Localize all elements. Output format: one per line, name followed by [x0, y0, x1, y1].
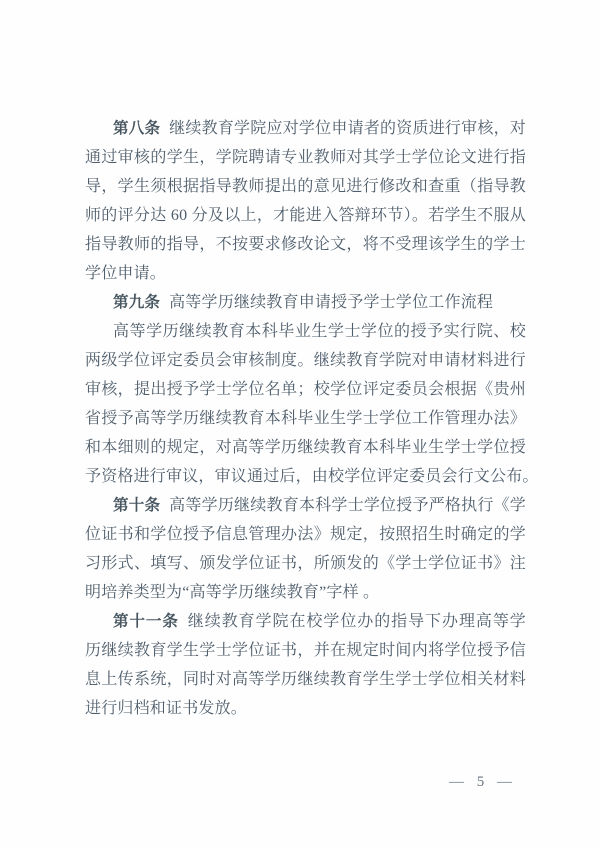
line-text: 继续教育学院应对学位申请者的资质进行审核，对: [169, 120, 526, 137]
document-body: 第八条继续教育学院应对学位申请者的资质进行审核，对 通过审核的学生，学院聘请专业…: [85, 114, 526, 723]
text-line: 指导教师的指导，不按要求修改论文，将不受理该学生的学士: [85, 230, 526, 259]
line-text: 学位申请。: [85, 265, 166, 282]
article-number: 第十条: [113, 497, 160, 514]
line-text: 予资格进行审议，审议通过后，由校学位评定委员会行文公布。: [85, 468, 539, 485]
line-text: 指导教师的指导，不按要求修改论文，将不受理该学生的学士: [85, 236, 526, 253]
document-page: 第八条继续教育学院应对学位申请者的资质进行审核，对 通过审核的学生，学院聘请专业…: [0, 0, 600, 848]
line-text: 通过审核的学生，学院聘请专业教师对其学士学位论文进行指: [85, 149, 526, 166]
line-text: 进行归档和证书发放。: [85, 700, 247, 717]
text-line: 第九条高等学历继续教育申请授予学士学位工作流程: [85, 288, 526, 317]
text-line: 导，学生须根据指导教师提出的意见进行修改和查重（指导教: [85, 172, 526, 201]
line-text: 高等学历继续教育本科毕业生学士学位的授予实行院、校: [113, 323, 526, 340]
page-number: — 5 —: [449, 772, 514, 792]
text-line: 习形式、填写、颁发学位证书，所颁发的《学士学位证书》注: [85, 549, 526, 578]
text-line: 息上传系统，同时对高等学历继续教育学生学士学位相关材料: [85, 665, 526, 694]
line-text: 高等学历继续教育申请授予学士学位工作流程: [169, 294, 493, 311]
line-text: 省授予高等学历继续教育本科毕业生学士学位工作管理办法》: [85, 410, 526, 427]
line-text: 历继续教育学生学士学位证书，并在规定时间内将学位授予信: [85, 642, 526, 659]
text-line: 历继续教育学生学士学位证书，并在规定时间内将学位授予信: [85, 636, 526, 665]
text-line: 明培养类型为“高等学历继续教育”字样 。: [85, 578, 526, 607]
text-line: 进行归档和证书发放。: [85, 694, 526, 723]
text-line: 省授予高等学历继续教育本科毕业生学士学位工作管理办法》: [85, 404, 526, 433]
text-line: 两级学位评定委员会审核制度。继续教育学院对申请材料进行: [85, 346, 526, 375]
line-text: 师的评分达 60 分及以上，才能进入答辩环节）。若学生不服从: [85, 207, 526, 224]
line-text: 明培养类型为“高等学历继续教育”字样 。: [85, 584, 379, 601]
article-number: 第九条: [113, 294, 160, 311]
text-line: 学位申请。: [85, 259, 526, 288]
text-line: 第八条继续教育学院应对学位申请者的资质进行审核，对: [85, 114, 526, 143]
line-text: 息上传系统，同时对高等学历继续教育学生学士学位相关材料: [85, 671, 526, 688]
text-line: 第十条高等学历继续教育本科学士学位授予严格执行《学: [85, 491, 526, 520]
line-text: 和本细则的规定，对高等学历继续教育本科毕业生学士学位授: [85, 439, 526, 456]
line-text: 导，学生须根据指导教师提出的意见进行修改和查重（指导教: [85, 178, 526, 195]
text-line: 通过审核的学生，学院聘请专业教师对其学士学位论文进行指: [85, 143, 526, 172]
text-line: 位证书和学位授予信息管理办法》规定，按照招生时确定的学: [85, 520, 526, 549]
article-number: 第十一条: [113, 613, 179, 630]
text-line: 予资格进行审议，审议通过后，由校学位评定委员会行文公布。: [85, 462, 526, 491]
line-text: 继续教育学院在校学位办的指导下办理高等学: [188, 613, 526, 630]
article-number: 第八条: [113, 120, 160, 137]
line-text: 习形式、填写、颁发学位证书，所颁发的《学士学位证书》注: [85, 555, 526, 572]
text-line: 师的评分达 60 分及以上，才能进入答辩环节）。若学生不服从: [85, 201, 526, 230]
line-text: 高等学历继续教育本科学士学位授予严格执行《学: [169, 497, 526, 514]
text-line: 高等学历继续教育本科毕业生学士学位的授予实行院、校: [85, 317, 526, 346]
line-text: 两级学位评定委员会审核制度。继续教育学院对申请材料进行: [85, 352, 526, 369]
text-line: 第十一条继续教育学院在校学位办的指导下办理高等学: [85, 607, 526, 636]
text-line: 审核，提出授予学士学位名单；校学位评定委员会根据《贵州: [85, 375, 526, 404]
line-text: 审核，提出授予学士学位名单；校学位评定委员会根据《贵州: [85, 381, 526, 398]
line-text: 位证书和学位授予信息管理办法》规定，按照招生时确定的学: [85, 526, 526, 543]
text-line: 和本细则的规定，对高等学历继续教育本科毕业生学士学位授: [85, 433, 526, 462]
